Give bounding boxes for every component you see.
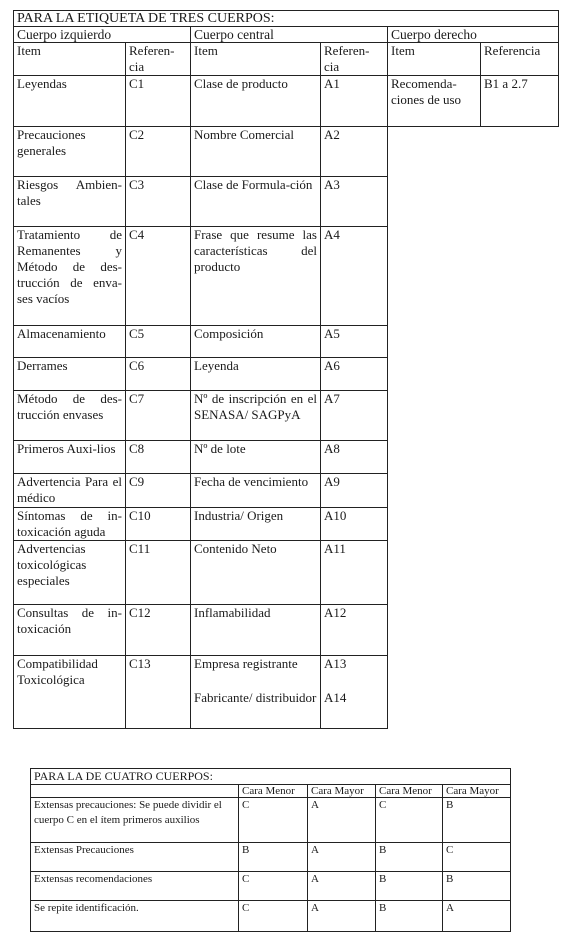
center-ref-cell: A4 <box>321 227 388 326</box>
center-item-cell: Composición <box>191 326 321 358</box>
left-item-cell: Consultas de in-toxicación <box>14 605 126 656</box>
left-item-cell: Riesgos Ambien-tales <box>14 177 126 227</box>
face-value-cell: A <box>443 901 511 932</box>
left-ref-cell: C13 <box>126 656 191 729</box>
center-ref-cell: A7 <box>321 391 388 441</box>
four-body-label-table: PARA LA DE CUATRO CUERPOS: Cara Menor Ca… <box>30 768 511 932</box>
left-item-cell: Método de des-trucción envases <box>14 391 126 441</box>
empty-area <box>388 441 559 474</box>
center-ref-cell: A3 <box>321 177 388 227</box>
left-item-cell: Almacenamiento <box>14 326 126 358</box>
left-item-cell: Primeros Auxi-lios <box>14 441 126 474</box>
table-row: Advertencia Para el médicoC9Fecha de ven… <box>14 474 559 508</box>
empty-area <box>388 326 559 358</box>
table-row: AlmacenamientoC5ComposiciónA5 <box>14 326 559 358</box>
row-label-cell: Se repite identificación. <box>31 901 239 932</box>
face-value-cell: A <box>308 798 376 843</box>
header-cara-menor-2: Cara Menor <box>376 785 443 798</box>
empty-area <box>388 358 559 391</box>
center-ref-text: A13 <box>324 656 384 672</box>
center-ref-cell: A13A14 <box>321 656 388 729</box>
right-ref-cell: B1 a 2.7 <box>481 76 559 127</box>
center-item-cell: Contenido Neto <box>191 541 321 605</box>
face-value-cell: B <box>443 872 511 901</box>
table-row: Primeros Auxi-liosC8Nº de loteA8 <box>14 441 559 474</box>
center-item-cell: Nombre Comercial <box>191 127 321 177</box>
empty-area <box>388 656 559 729</box>
face-value-cell: C <box>239 872 308 901</box>
left-ref-cell: C10 <box>126 508 191 541</box>
face-value-cell: B <box>376 901 443 932</box>
header-right-item: Item <box>388 43 481 76</box>
table-row: Advertencias toxicológicas especialesC11… <box>14 541 559 605</box>
left-ref-cell: C6 <box>126 358 191 391</box>
center-item-cell: Fecha de vencimiento <box>191 474 321 508</box>
table-row: Método de des-trucción envasesC7Nº de in… <box>14 391 559 441</box>
row-label-cell: Extensas Precauciones <box>31 843 239 872</box>
face-value-cell: B <box>443 798 511 843</box>
center-ref-cell: A5 <box>321 326 388 358</box>
center-ref-cell: A10 <box>321 508 388 541</box>
center-item-cell: Leyenda <box>191 358 321 391</box>
center-ref-cell: A2 <box>321 127 388 177</box>
empty-area <box>388 541 559 605</box>
header-cara-mayor-2: Cara Mayor <box>443 785 511 798</box>
table-row: Precauciones generalesC2Nombre Comercial… <box>14 127 559 177</box>
empty-area <box>388 474 559 508</box>
face-value-cell: C <box>239 798 308 843</box>
header-blank <box>31 785 239 798</box>
center-item-cell: Frase que resume las características del… <box>191 227 321 326</box>
header-left-ref: Referen-cia <box>126 43 191 76</box>
center-item-cell: Clase de Formula-ción <box>191 177 321 227</box>
left-ref-cell: C9 <box>126 474 191 508</box>
table-row: Riesgos Ambien-talesC3Clase de Formula-c… <box>14 177 559 227</box>
left-item-cell: Leyendas <box>14 76 126 127</box>
left-item-cell: Advertencias toxicológicas especiales <box>14 541 126 605</box>
empty-area <box>388 605 559 656</box>
empty-area <box>388 227 559 326</box>
table-row: DerramesC6LeyendaA6 <box>14 358 559 391</box>
center-item-text: Empresa registrante <box>194 656 317 672</box>
left-ref-cell: C8 <box>126 441 191 474</box>
face-value-cell: C <box>443 843 511 872</box>
face-value-cell: C <box>376 798 443 843</box>
empty-area <box>388 391 559 441</box>
left-ref-cell: C5 <box>126 326 191 358</box>
section-center-body: Cuerpo central <box>191 27 388 43</box>
left-ref-cell: C2 <box>126 127 191 177</box>
table-row: Se repite identificación.CABA <box>31 901 511 932</box>
table-row: Extensas recomendacionesCABB <box>31 872 511 901</box>
left-item-cell: Precauciones generales <box>14 127 126 177</box>
center-item-cell: Clase de producto <box>191 76 321 127</box>
left-ref-cell: C4 <box>126 227 191 326</box>
face-value-cell: A <box>308 843 376 872</box>
row-label-cell: Extensas precauciones: Se puede dividir … <box>31 798 239 843</box>
header-center-ref: Referen-cia <box>321 43 388 76</box>
table-row: Compatibilidad ToxicológicaC13Empresa re… <box>14 656 559 729</box>
table-row: Extensas precauciones: Se puede dividir … <box>31 798 511 843</box>
empty-area <box>388 177 559 227</box>
left-item-cell: Compatibilidad Toxicológica <box>14 656 126 729</box>
table-row: Extensas PrecaucionesBABC <box>31 843 511 872</box>
face-value-cell: A <box>308 901 376 932</box>
center-item-cell: Industria/ Origen <box>191 508 321 541</box>
face-value-cell: B <box>376 872 443 901</box>
center-item-cell: Nº de lote <box>191 441 321 474</box>
center-item-text-2: Fabricante/ distribuidor <box>194 690 317 706</box>
center-item-cell: Nº de inscripción en el SENASA/ SAGPyA <box>191 391 321 441</box>
section-right-body: Cuerpo derecho <box>388 27 559 43</box>
empty-area <box>388 508 559 541</box>
center-ref-text-2: A14 <box>324 690 384 706</box>
table-title: PARA LA DE CUATRO CUERPOS: <box>31 769 511 785</box>
empty-area <box>388 127 559 177</box>
section-left-body: Cuerpo izquierdo <box>14 27 191 43</box>
face-value-cell: B <box>376 843 443 872</box>
center-item-cell: Empresa registranteFabricante/ distribui… <box>191 656 321 729</box>
center-ref-cell: A8 <box>321 441 388 474</box>
table-row: Consultas de in-toxicaciónC12Inflamabili… <box>14 605 559 656</box>
header-left-item: Item <box>14 43 126 76</box>
three-body-label-table: PARA LA ETIQUETA DE TRES CUERPOS: Cuerpo… <box>13 10 559 729</box>
left-item-cell: Derrames <box>14 358 126 391</box>
center-ref-cell: A6 <box>321 358 388 391</box>
left-ref-cell: C1 <box>126 76 191 127</box>
row-label-cell: Extensas recomendaciones <box>31 872 239 901</box>
face-value-cell: B <box>239 843 308 872</box>
table-row: Tratamiento de Remanentes y Método de de… <box>14 227 559 326</box>
center-ref-cell: A1 <box>321 76 388 127</box>
left-ref-cell: C7 <box>126 391 191 441</box>
left-item-cell: Tratamiento de Remanentes y Método de de… <box>14 227 126 326</box>
center-item-cell: Inflamabilidad <box>191 605 321 656</box>
header-cara-mayor-1: Cara Mayor <box>308 785 376 798</box>
left-ref-cell: C11 <box>126 541 191 605</box>
center-ref-cell: A11 <box>321 541 388 605</box>
header-right-ref: Referencia <box>481 43 559 76</box>
left-item-cell: Advertencia Para el médico <box>14 474 126 508</box>
left-item-cell: Síntomas de in-toxicación aguda <box>14 508 126 541</box>
left-ref-cell: C3 <box>126 177 191 227</box>
face-value-cell: A <box>308 872 376 901</box>
face-value-cell: C <box>239 901 308 932</box>
header-cara-menor-1: Cara Menor <box>239 785 308 798</box>
table-title: PARA LA ETIQUETA DE TRES CUERPOS: <box>14 11 559 27</box>
center-ref-cell: A12 <box>321 605 388 656</box>
center-ref-cell: A9 <box>321 474 388 508</box>
left-ref-cell: C12 <box>126 605 191 656</box>
header-center-item: Item <box>191 43 321 76</box>
table-row: LeyendasC1Clase de productoA1Recomenda-c… <box>14 76 559 127</box>
right-item-cell: Recomenda-ciones de uso <box>388 76 481 127</box>
table-row: Síntomas de in-toxicación agudaC10Indust… <box>14 508 559 541</box>
